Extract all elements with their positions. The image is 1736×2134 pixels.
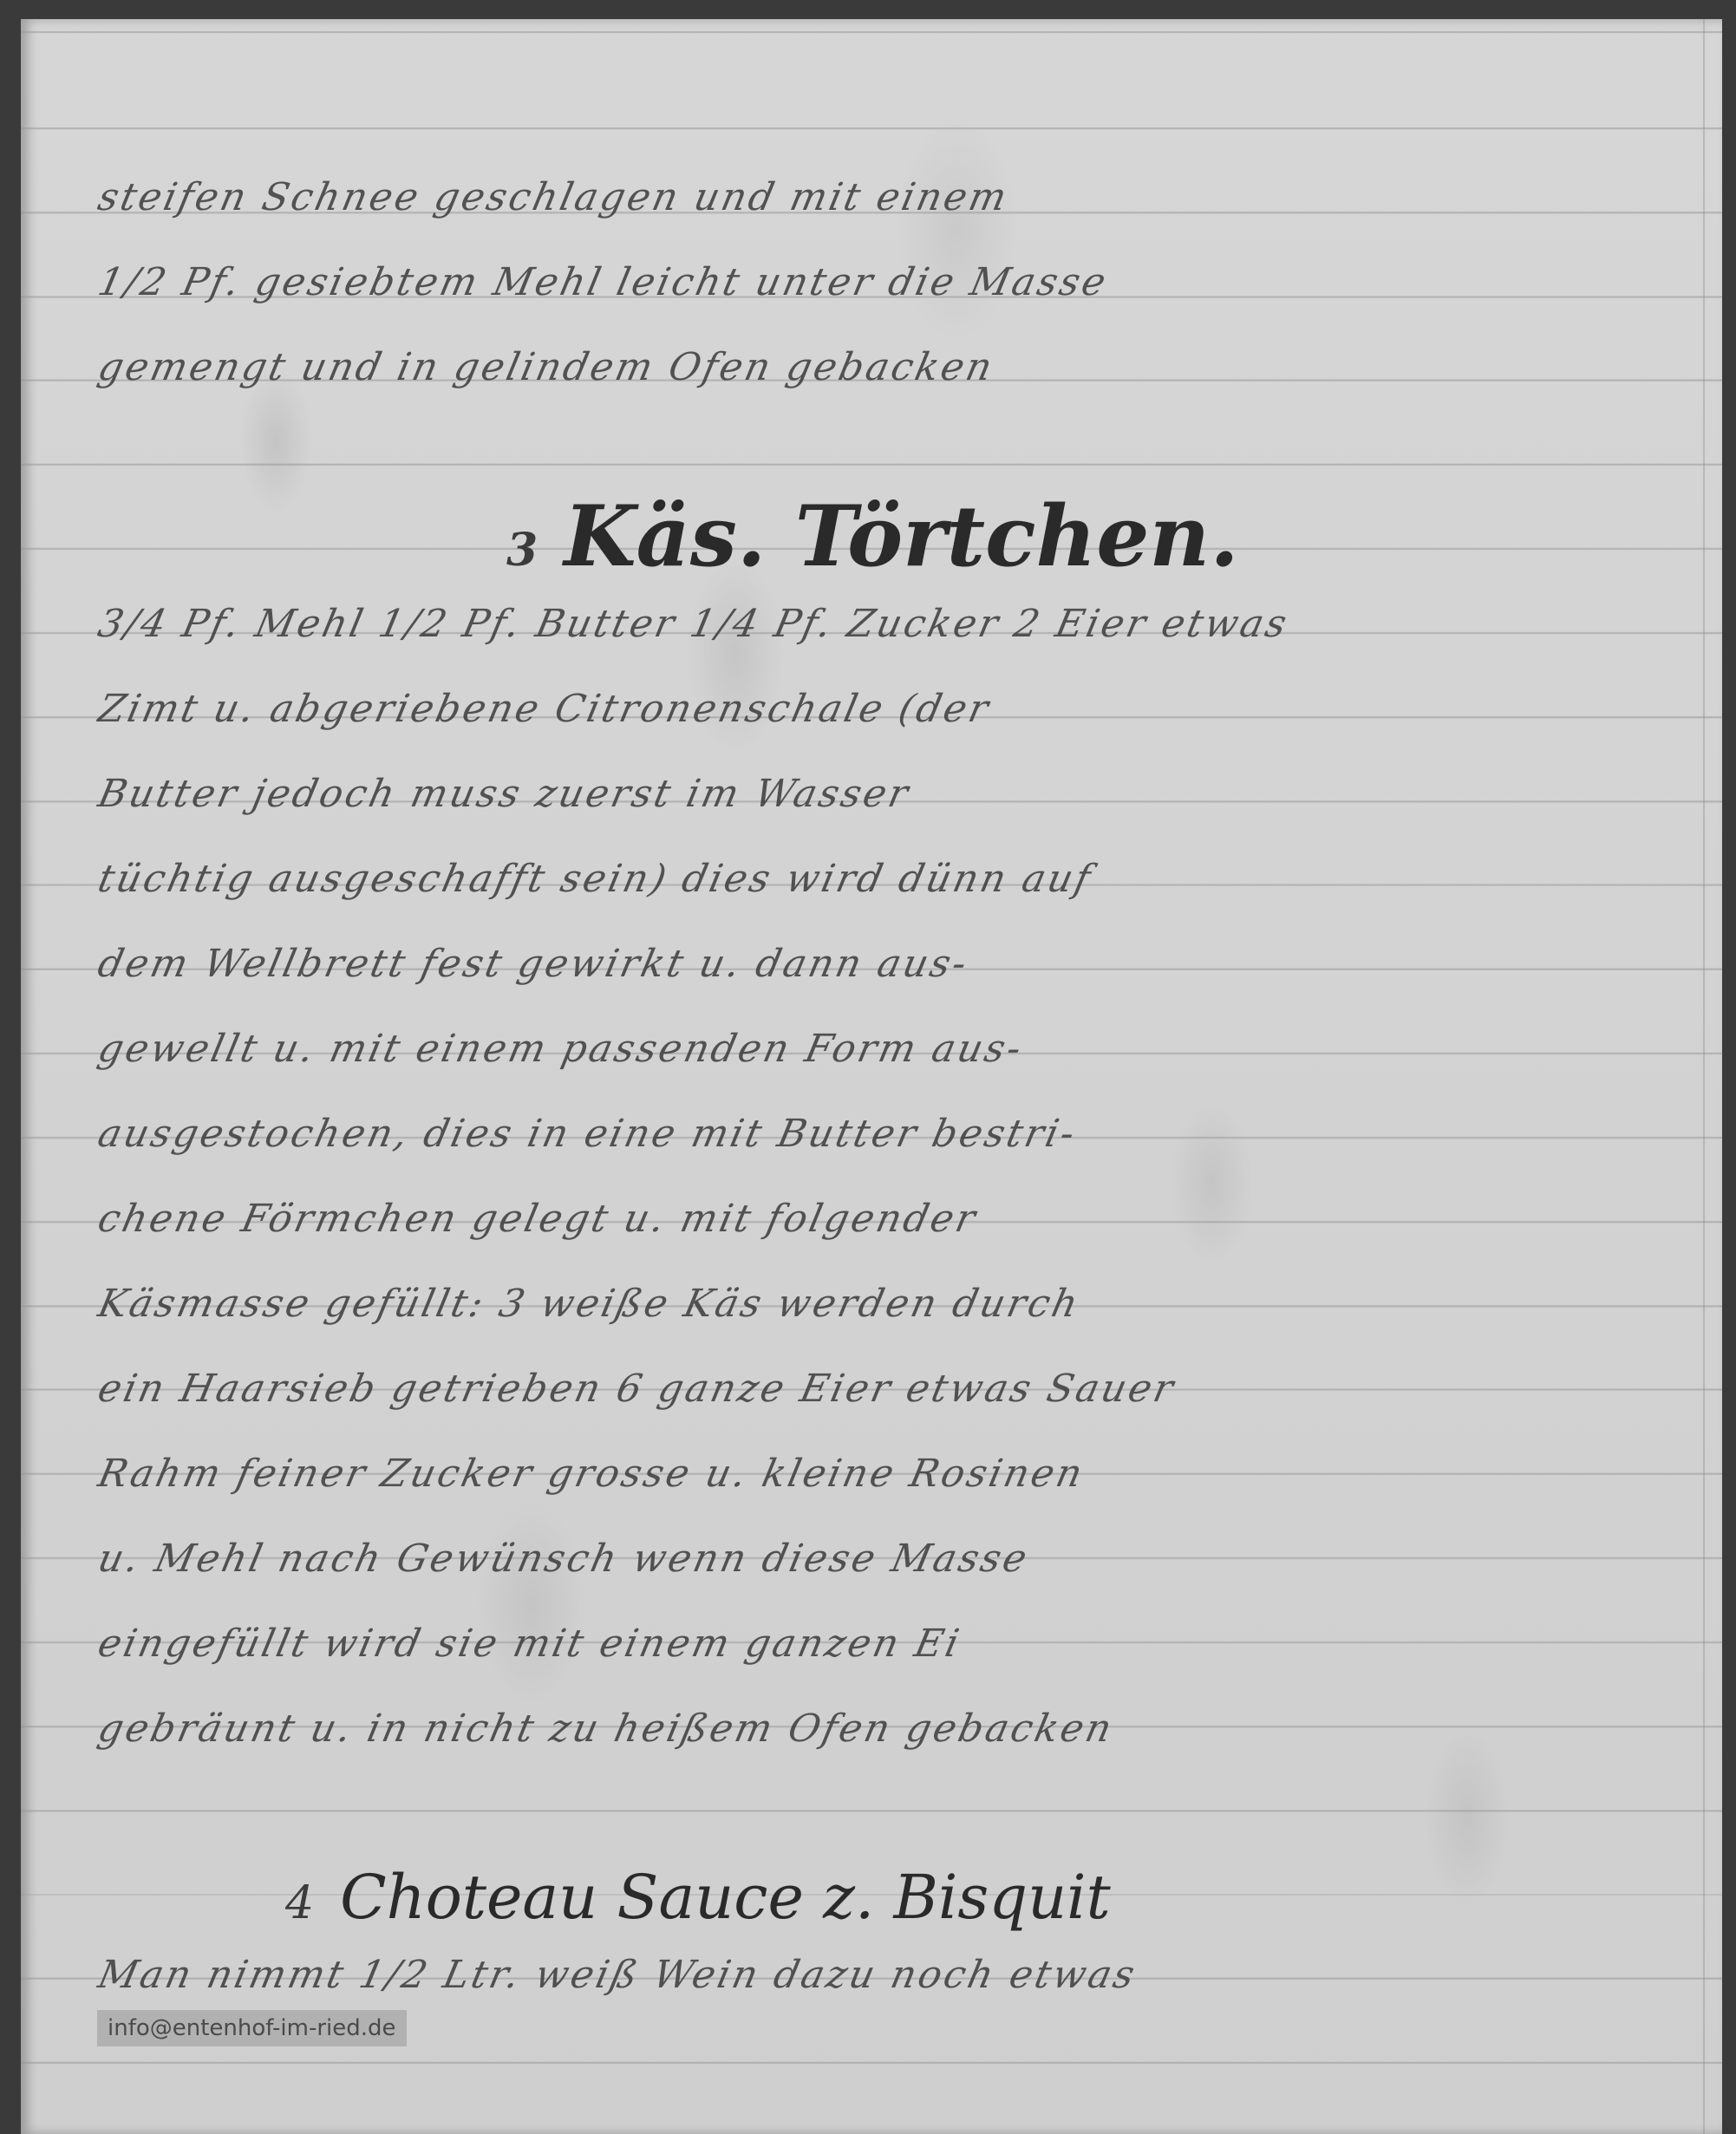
recipe-line: tüchtig ausgeschafft sein) dies wird dün… bbox=[95, 857, 1665, 901]
recipe-heading-choteau-sauce: 4Choteau Sauce z. Bisquit bbox=[285, 1862, 1111, 1933]
recipe-line: Käsmasse gefüllt: 3 weiße Käs werden dur… bbox=[95, 1282, 1665, 1326]
recipe-line: gebräunt u. in nicht zu heißem Ofen geba… bbox=[95, 1707, 1665, 1751]
recipe-line: Rahm feiner Zucker grosse u. kleine Rosi… bbox=[95, 1452, 1665, 1496]
recipe-line: Butter jedoch muss zuerst im Wasser bbox=[95, 772, 1665, 816]
recipe-title: Choteau Sauce z. Bisquit bbox=[340, 1862, 1111, 1933]
recipe-line: ausgestochen, dies in eine mit Butter be… bbox=[95, 1112, 1665, 1156]
intro-line: gemengt und in gelindem Ofen gebacken bbox=[95, 345, 1665, 389]
recipe-line: 3/4 Pf. Mehl 1/2 Pf. Butter 1/4 Pf. Zuck… bbox=[95, 602, 1665, 646]
intro-line: steifen Schnee geschlagen und mit einem bbox=[95, 175, 1665, 219]
intro-line: 1/2 Pf. gesiebtem Mehl leicht unter die … bbox=[95, 260, 1665, 304]
recipe-number: 4 bbox=[285, 1877, 314, 1929]
ruled-lines bbox=[21, 19, 1722, 2134]
recipe-line: Man nimmt 1/2 Ltr. weiß Wein dazu noch e… bbox=[95, 1953, 1665, 1997]
document-page: steifen Schnee geschlagen und mit einem … bbox=[21, 19, 1722, 2134]
recipe-heading-kaes-toertchen: 3Käs. Törtchen. bbox=[506, 487, 1239, 585]
recipe-line: chene Förmchen gelegt u. mit folgender bbox=[95, 1197, 1665, 1241]
recipe-line: gewellt u. mit einem passenden Form aus- bbox=[95, 1027, 1665, 1071]
recipe-number: 3 bbox=[506, 524, 538, 577]
margin-line bbox=[1703, 19, 1705, 2134]
recipe-line: dem Wellbrett fest gewirkt u. dann aus- bbox=[95, 942, 1665, 986]
recipe-line: u. Mehl nach Gewünsch wenn diese Masse bbox=[95, 1537, 1665, 1581]
watermark-email: info@entenhof-im-ried.de bbox=[97, 2010, 407, 2046]
recipe-line: ein Haarsieb getrieben 6 ganze Eier etwa… bbox=[95, 1367, 1665, 1411]
recipe-line: Zimt u. abgeriebene Citronenschale (der bbox=[95, 687, 1665, 731]
recipe-title: Käs. Törtchen. bbox=[564, 487, 1238, 585]
recipe-line: eingefüllt wird sie mit einem ganzen Ei bbox=[95, 1622, 1665, 1666]
